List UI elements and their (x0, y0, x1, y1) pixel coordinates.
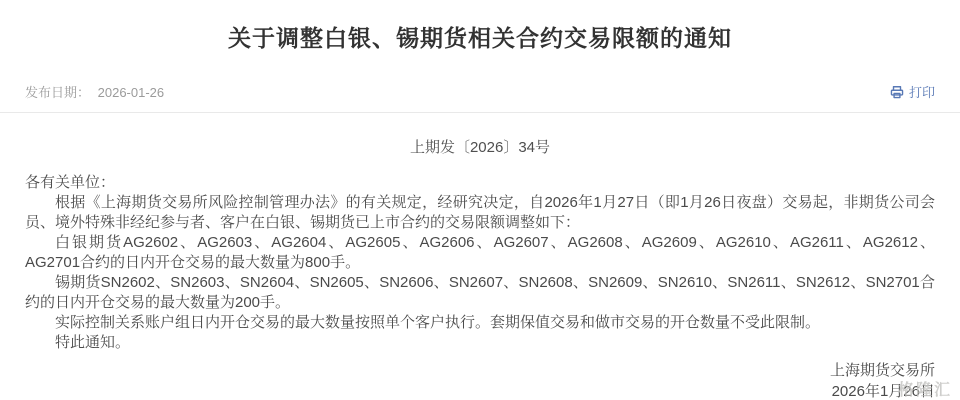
paragraph-basis: 根据《上海期货交易所风险控制管理办法》的有关规定，经研究决定，自2026年1月2… (25, 193, 935, 233)
doc-number: 上期发〔2026〕34号 (0, 136, 960, 157)
paragraph-closing: 特此通知。 (25, 333, 935, 353)
paragraph-silver-limit: 白银期货AG2602、AG2603、AG2604、AG2605、AG2606、A… (25, 233, 935, 273)
notice-body: 各有关单位： 根据《上海期货交易所风险控制管理办法》的有关规定，经研究决定，自2… (0, 173, 960, 353)
divider (0, 112, 960, 113)
issuer-name: 上海期货交易所 (0, 360, 935, 381)
print-button[interactable]: 打印 (890, 82, 935, 101)
page-title: 关于调整白银、锡期货相关合约交易限额的通知 (0, 0, 960, 53)
publish-date-value: 2026-01-26 (98, 85, 165, 100)
paragraph-account-rule: 实际控制关系账户组日内开仓交易的最大数量按照单个客户执行。套期保值交易和做市交易… (25, 313, 935, 333)
publish-date: 发布日期： 2026-01-26 (25, 82, 164, 101)
print-label: 打印 (909, 82, 935, 101)
signature-block: 上海期货交易所 2026年1月26日 (0, 360, 960, 400)
notice-page: 关于调整白银、锡期货相关合约交易限额的通知 发布日期： 2026-01-26 打… (0, 0, 960, 400)
meta-row: 发布日期： 2026-01-26 打印 (0, 82, 960, 101)
paragraph-tin-limit: 锡期货SN2602、SN2603、SN2604、SN2605、SN2606、SN… (25, 273, 935, 313)
issue-date: 2026年1月26日 (0, 381, 935, 400)
printer-icon (890, 85, 904, 99)
salutation: 各有关单位： (25, 173, 935, 193)
publish-date-label: 发布日期： (25, 85, 90, 100)
